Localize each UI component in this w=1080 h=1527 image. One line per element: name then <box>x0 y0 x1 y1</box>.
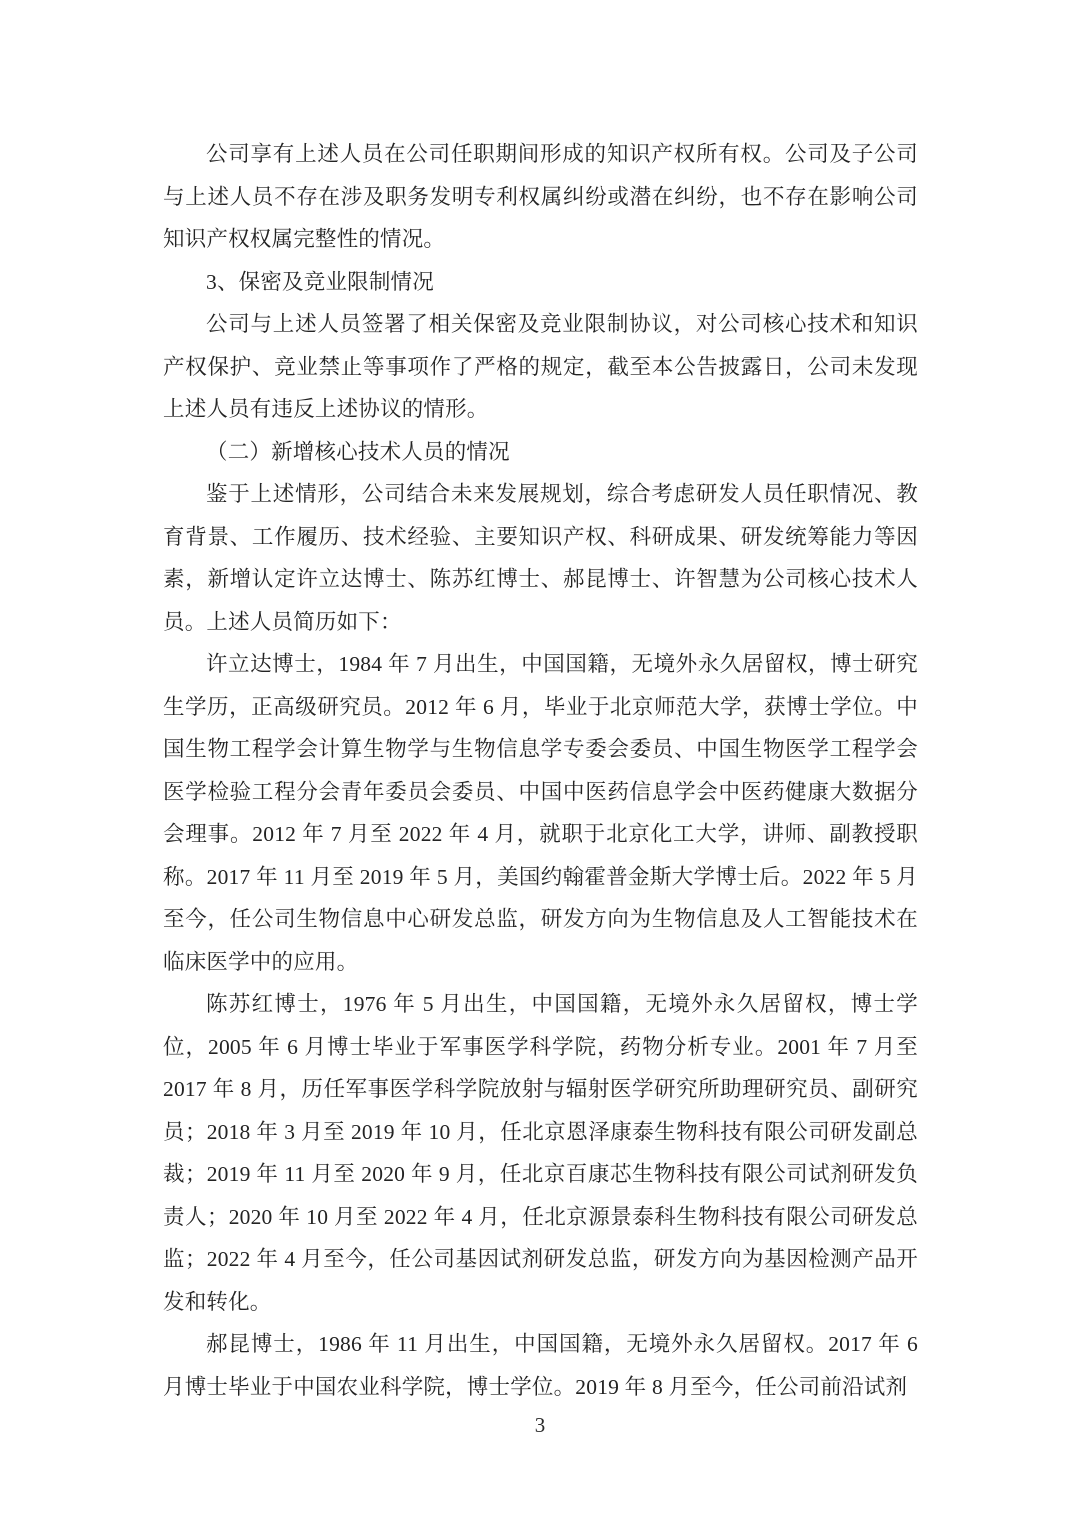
paragraph: 许立达博士，1984 年 7 月出生，中国国籍，无境外永久居留权，博士研究生学历… <box>163 643 918 983</box>
document-page: 公司享有上述人员在公司任职期间形成的知识产权所有权。公司及子公司与上述人员不存在… <box>0 0 1080 1527</box>
document-body: 公司享有上述人员在公司任职期间形成的知识产权所有权。公司及子公司与上述人员不存在… <box>163 133 918 1408</box>
paragraph: 公司享有上述人员在公司任职期间形成的知识产权所有权。公司及子公司与上述人员不存在… <box>163 133 918 261</box>
section-heading: 3、保密及竞业限制情况 <box>163 261 918 304</box>
section-heading: （二）新增核心技术人员的情况 <box>163 431 918 474</box>
paragraph: 陈苏红博士，1976 年 5 月出生，中国国籍，无境外永久居留权，博士学位，20… <box>163 983 918 1323</box>
paragraph: 鉴于上述情形，公司结合未来发展规划，综合考虑研发人员任职情况、教育背景、工作履历… <box>163 473 918 643</box>
paragraph: 郝昆博士，1986 年 11 月出生，中国国籍，无境外永久居留权。2017 年 … <box>163 1323 918 1408</box>
page-footer: 3 <box>0 1404 1080 1446</box>
page-number: 3 <box>535 1413 546 1437</box>
paragraph: 公司与上述人员签署了相关保密及竞业限制协议，对公司核心技术和知识产权保护、竞业禁… <box>163 303 918 431</box>
